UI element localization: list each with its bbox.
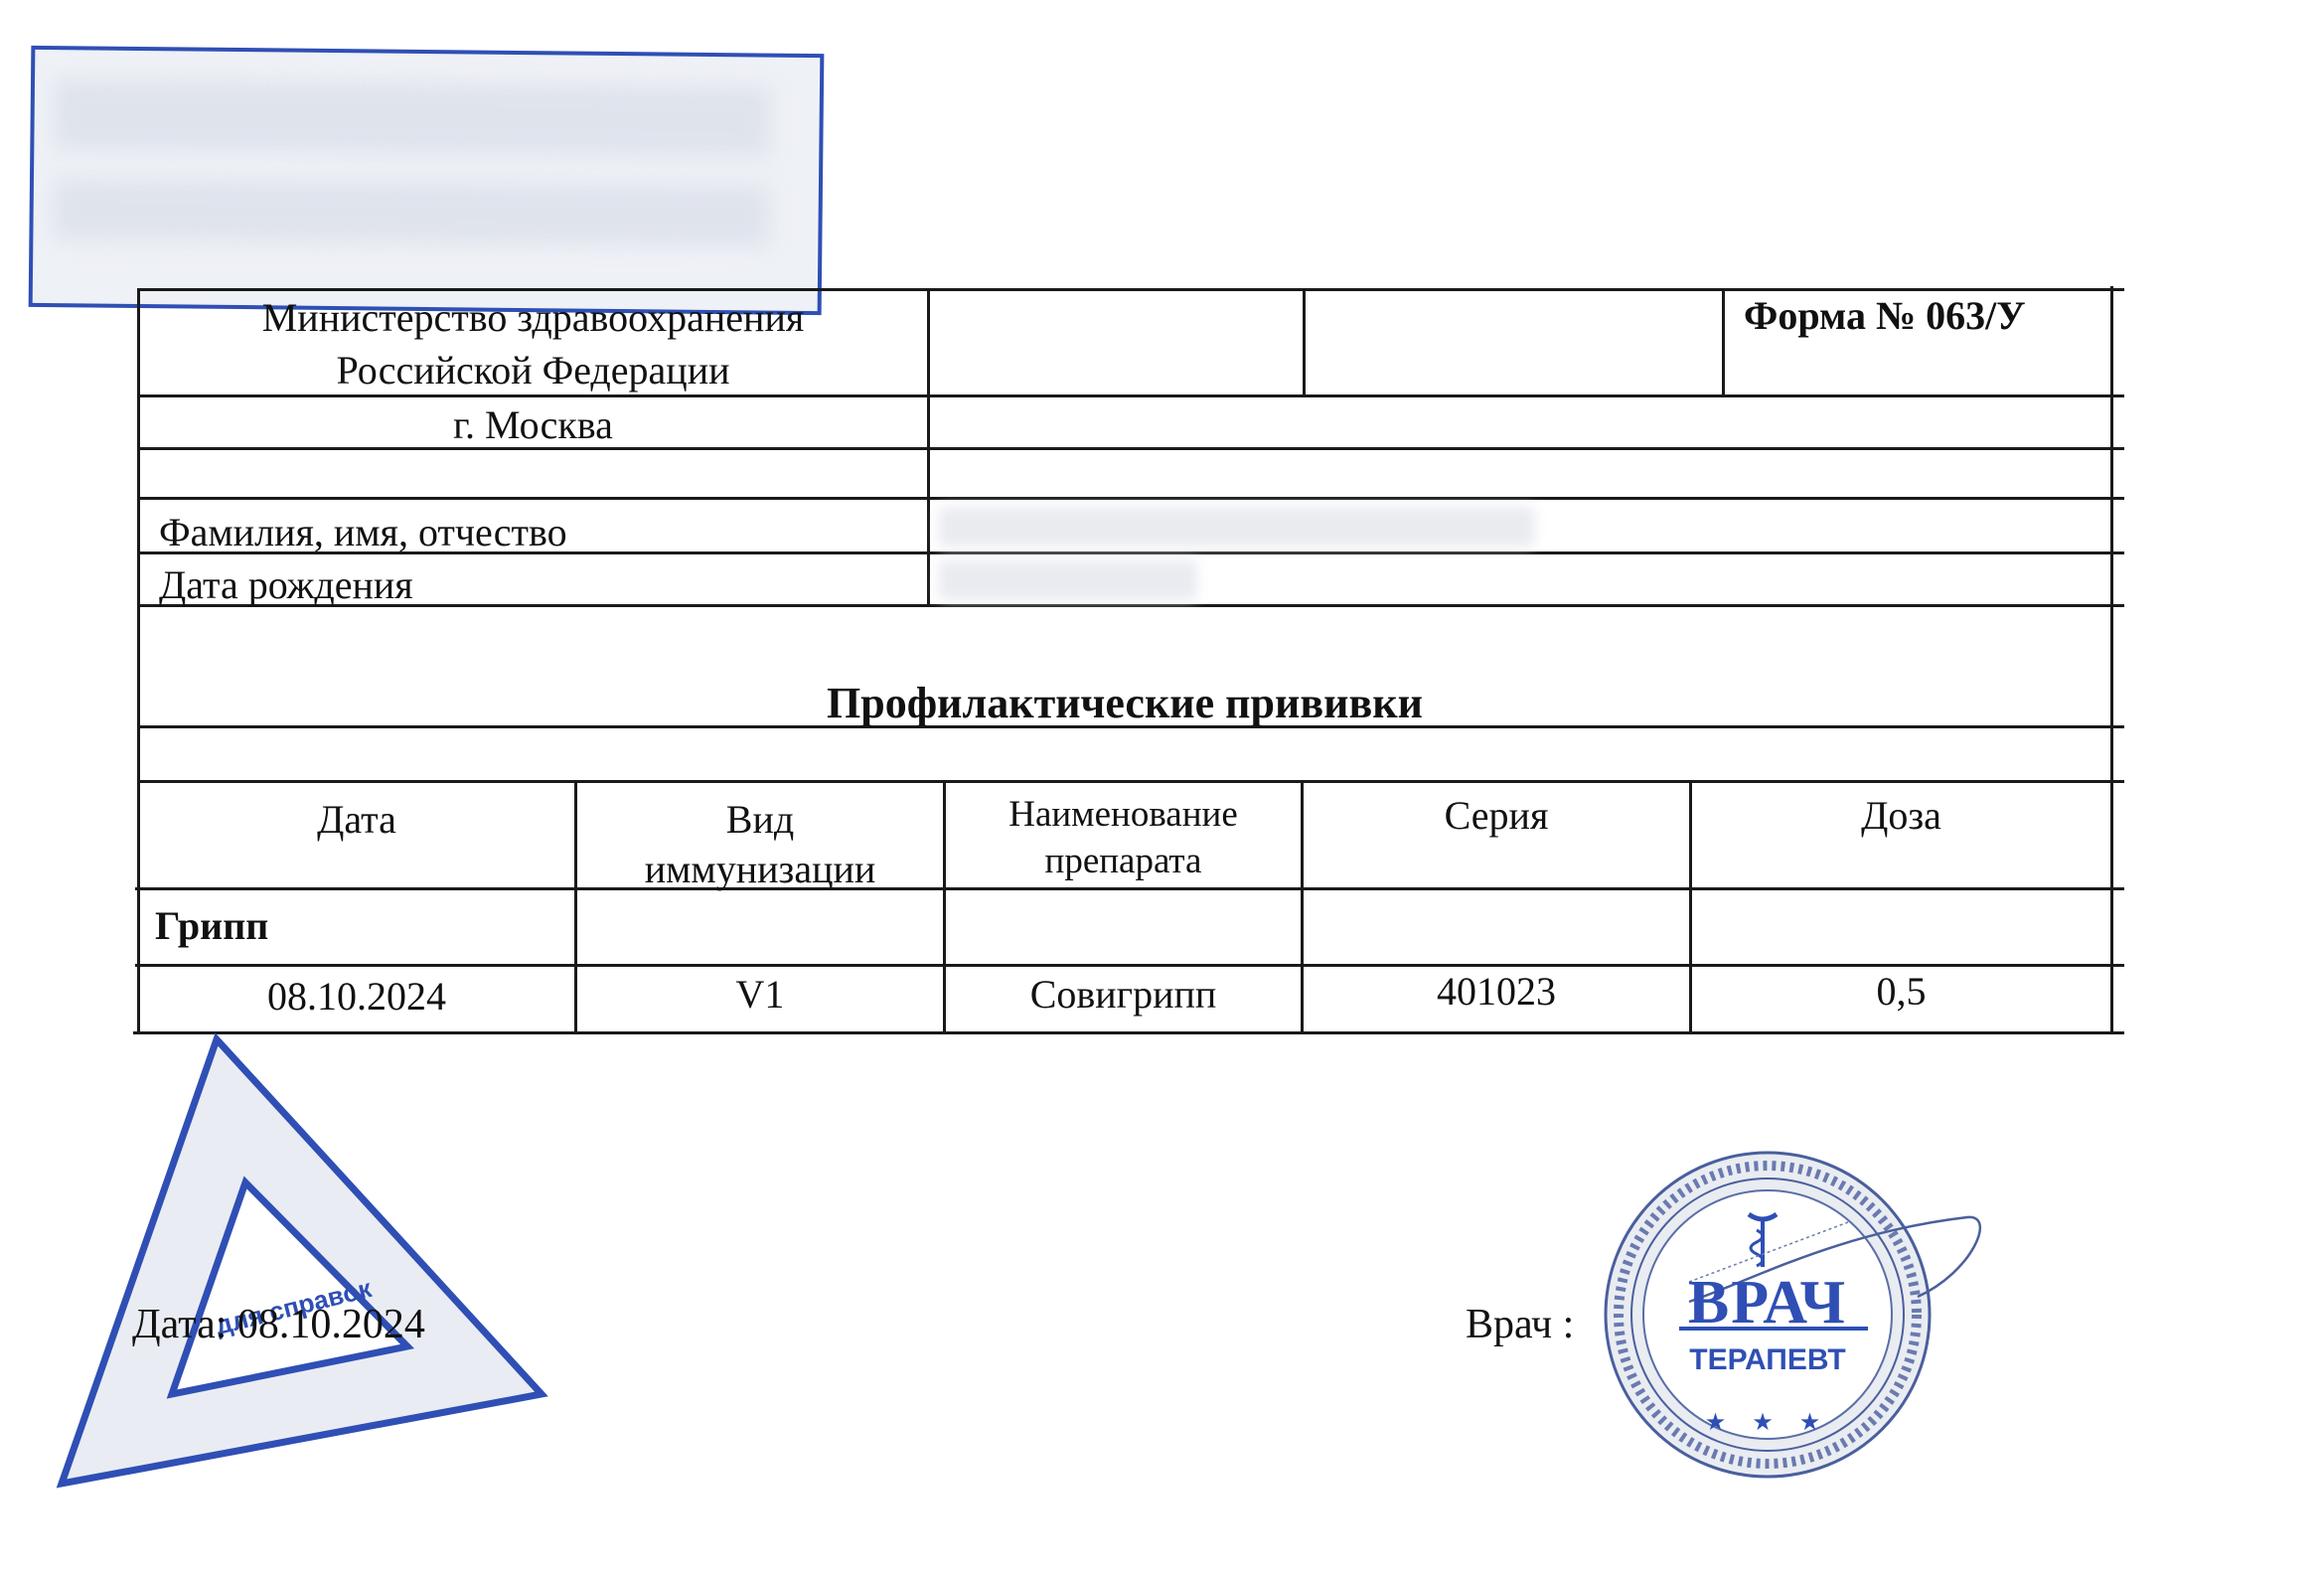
doctor-stamp-subtitle: ТЕРАПЕВТ bbox=[1668, 1345, 1867, 1375]
doctor-stamp-title: ВРАЧ bbox=[1668, 1272, 1867, 1334]
vaccination-certificate-page: Министерство здравоохранения Российской … bbox=[0, 0, 2324, 1571]
doctor-stamp-icon bbox=[0, 0, 2324, 1571]
doctor-stamp-stars: ★ ★ ★ bbox=[1668, 1411, 1867, 1435]
